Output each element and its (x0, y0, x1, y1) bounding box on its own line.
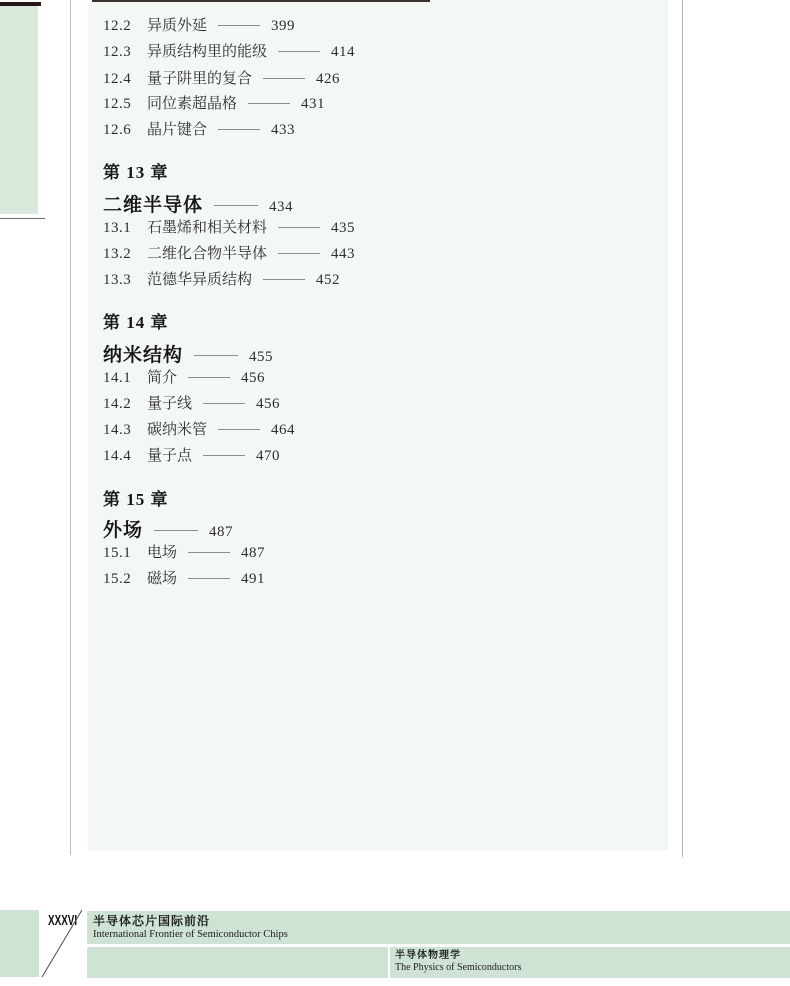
page-ref: 487 (241, 545, 265, 561)
leader-line (263, 279, 305, 280)
section-title: 范德华异质结构 (147, 272, 252, 288)
page-ref: 470 (256, 448, 280, 464)
leader-line (218, 429, 260, 430)
section-number: 14.4 (103, 447, 147, 466)
toc-entry: 14.2量子线456 (103, 395, 280, 414)
chapter-title: 外场 (103, 520, 143, 541)
footer-banner-divider (388, 947, 390, 978)
toc-entry: 12.2异质外延399 (103, 17, 295, 36)
leader-line (278, 227, 320, 228)
section-number: 13.3 (103, 271, 147, 290)
section-title: 同位素超晶格 (147, 96, 237, 112)
section-title: 量子线 (147, 396, 192, 412)
section-title: 二维化合物半导体 (147, 246, 267, 262)
footer-diagonal-rule (40, 908, 84, 980)
page-ref: 464 (271, 422, 295, 438)
section-number: 13.2 (103, 245, 147, 264)
page-ref: 452 (316, 272, 340, 288)
page-ref: 456 (241, 370, 265, 386)
section-number: 12.3 (103, 43, 147, 62)
toc-entry: 15.2磁场491 (103, 570, 265, 589)
chapter-label: 第 14 章 (103, 312, 169, 334)
page-ref: 399 (271, 18, 295, 34)
toc-entry: 14.1简介456 (103, 369, 265, 388)
section-title: 晶片键合 (147, 122, 207, 138)
toc-entry: 15.1电场487 (103, 544, 265, 563)
cutoff-text-sliver (92, 0, 430, 2)
leader-line (278, 253, 320, 254)
page-ref: 456 (256, 396, 280, 412)
leader-line (188, 578, 230, 579)
margin-block-underline (0, 218, 45, 219)
footer-margin-block (0, 910, 39, 977)
chapter-title-row: 二维半导体434 (103, 190, 293, 217)
section-title: 量子阱里的复合 (147, 71, 252, 87)
chapter-title-row: 外场487 (103, 515, 233, 542)
leader-line (194, 355, 238, 356)
section-number: 12.2 (103, 17, 147, 36)
page-ref: 434 (269, 199, 293, 215)
page-ref: 491 (241, 571, 265, 587)
leader-line (278, 51, 320, 52)
toc-entry: 13.2二维化合物半导体443 (103, 245, 355, 264)
section-title: 碳纳米管 (147, 422, 207, 438)
toc-entry: 12.5同位素超晶格431 (103, 95, 325, 114)
footer-series-banner: 半导体芯片国际前沿 International Frontier of Semi… (87, 911, 790, 944)
section-title: 量子点 (147, 448, 192, 464)
left-vertical-rule (70, 0, 71, 855)
section-number: 12.4 (103, 70, 147, 89)
chapter-title-row: 纳米结构455 (103, 340, 273, 367)
leader-line (203, 455, 245, 456)
leader-line (188, 377, 230, 378)
section-title: 简介 (147, 370, 177, 386)
page-ref: 443 (331, 246, 355, 262)
section-title: 石墨烯和相关材料 (147, 220, 267, 236)
page-ref: 414 (331, 44, 355, 60)
section-number: 12.6 (103, 121, 147, 140)
leader-line (218, 129, 260, 130)
section-number: 13.1 (103, 219, 147, 238)
leader-line (263, 78, 305, 79)
leader-line (248, 103, 290, 104)
chapter-title: 二维半导体 (103, 195, 203, 216)
page-ref: 433 (271, 122, 295, 138)
chapter-label: 第 13 章 (103, 162, 169, 184)
book-title-zh: 半导体物理学 (395, 950, 521, 962)
right-vertical-rule (682, 0, 683, 857)
margin-green-block (0, 6, 38, 214)
toc-entry: 14.3碳纳米管464 (103, 421, 295, 440)
series-title-en: International Frontier of Semiconductor … (93, 928, 790, 941)
section-number: 15.2 (103, 570, 147, 589)
toc-entry: 13.3范德华异质结构452 (103, 271, 340, 290)
leader-line (188, 552, 230, 553)
leader-line (214, 205, 258, 206)
page-ref: 487 (209, 524, 233, 540)
footer-book-banner: 半导体物理学 The Physics of Semiconductors (87, 947, 790, 978)
footer-book-title-group: 半导体物理学 The Physics of Semiconductors (395, 950, 521, 974)
section-title: 异质结构里的能级 (147, 44, 267, 60)
toc-panel: 12.2异质外延399 12.3异质结构里的能级414 12.4量子阱里的复合4… (88, 0, 668, 850)
page-ref: 455 (249, 349, 273, 365)
section-number: 12.5 (103, 95, 147, 114)
leader-line (154, 530, 198, 531)
toc-entry: 12.6晶片键合433 (103, 121, 295, 140)
chapter-label: 第 15 章 (103, 489, 169, 511)
section-title: 异质外延 (147, 18, 207, 34)
page-ref: 431 (301, 96, 325, 112)
leader-line (203, 403, 245, 404)
section-number: 14.3 (103, 421, 147, 440)
section-number: 14.2 (103, 395, 147, 414)
toc-entry: 13.1石墨烯和相关材料435 (103, 219, 355, 238)
chapter-title: 纳米结构 (103, 345, 183, 366)
section-number: 15.1 (103, 544, 147, 563)
section-title: 电场 (147, 545, 177, 561)
book-title-en: The Physics of Semiconductors (395, 962, 521, 974)
book-toc-page: { "content": { "leading_sections": [ { "… (0, 0, 790, 986)
page-ref: 426 (316, 71, 340, 87)
section-title: 磁场 (147, 571, 177, 587)
toc-entry: 12.4量子阱里的复合426 (103, 70, 340, 89)
toc-entry: 14.4量子点470 (103, 447, 280, 466)
section-number: 14.1 (103, 369, 147, 388)
series-title-zh: 半导体芯片国际前沿 (93, 914, 790, 928)
toc-entry: 12.3异质结构里的能级414 (103, 43, 355, 62)
page-ref: 435 (331, 220, 355, 236)
leader-line (218, 25, 260, 26)
